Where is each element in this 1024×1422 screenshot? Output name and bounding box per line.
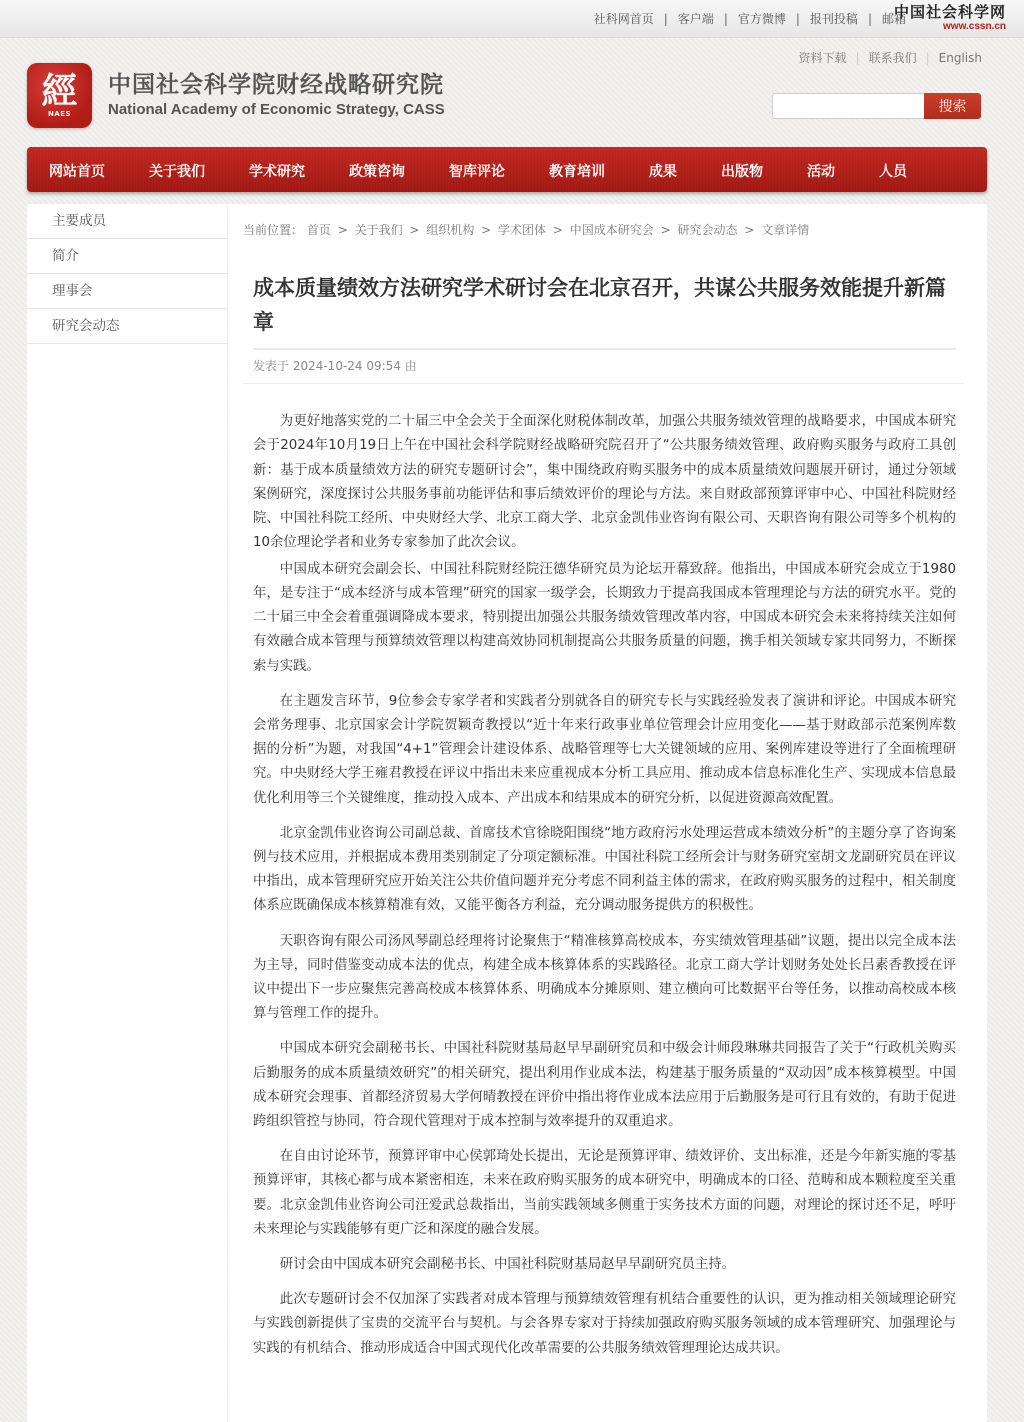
sidebar-item-news[interactable]: 研究会动态 xyxy=(27,309,227,344)
article-paragraph: 此次专题研讨会不仅加深了实践者对成本管理与预算绩效管理有机结合重要性的认识，更为… xyxy=(253,1288,956,1361)
separator: | xyxy=(856,51,860,65)
separator: | xyxy=(926,51,930,65)
breadcrumb-item[interactable]: 中国成本研究会 xyxy=(570,223,654,237)
article-container: 当前位置： 首页 > 关于我们 > 组织机构 > 学术团体 > 中国成本研究会 … xyxy=(228,204,987,1422)
search-box: 搜索 xyxy=(772,93,981,119)
title-divider xyxy=(253,348,956,350)
portal-links: 社科网首页 | 客户端 | 官方微博 | 报刊投稿 | 邮箱 xyxy=(594,10,906,27)
separator: | xyxy=(664,12,668,26)
breadcrumb: 当前位置： 首页 > 关于我们 > 组织机构 > 学术团体 > 中国成本研究会 … xyxy=(243,221,809,238)
link-submission[interactable]: 报刊投稿 xyxy=(810,10,858,27)
article-paragraph: 在主题发言环节，9位参会专家学者和实践者分别就各自的研究专长与实践经验发表了演讲… xyxy=(253,690,956,811)
breadcrumb-current: 文章详情 xyxy=(761,223,809,237)
link-contact[interactable]: 联系我们 xyxy=(869,49,917,66)
sidebar-item-members[interactable]: 主要成员 xyxy=(27,204,227,239)
cssn-logo-url: www.cssn.cn xyxy=(894,22,1006,32)
main-nav: 网站首页 关于我们 学术研究 政策咨询 智库评论 教育培训 成果 出版物 活动 … xyxy=(27,147,987,192)
search-button[interactable]: 搜索 xyxy=(924,93,981,119)
sidebar-item-council[interactable]: 理事会 xyxy=(27,274,227,309)
cssn-logo[interactable]: 中国社会科学网 www.cssn.cn xyxy=(894,5,1006,32)
nav-education[interactable]: 教育培训 xyxy=(549,161,605,181)
site-header: 资料下载 | 联系我们 | English 經 NAES 中国社会科学院财经战略… xyxy=(0,38,1024,146)
breadcrumb-separator: > xyxy=(338,223,348,237)
sidebar-item-intro[interactable]: 简介 xyxy=(27,239,227,274)
breadcrumb-item[interactable]: 首页 xyxy=(307,223,331,237)
logo-glyph: 經 xyxy=(41,73,77,109)
site-logo-text[interactable]: 中国社会科学院财经战略研究院 National Academy of Econo… xyxy=(108,71,445,118)
link-weibo[interactable]: 官方微博 xyxy=(738,10,786,27)
breadcrumb-item[interactable]: 组织机构 xyxy=(426,223,474,237)
breadcrumb-item[interactable]: 学术团体 xyxy=(498,223,546,237)
article-paragraph: 在自由讨论环节，预算评审中心侯郭琦处长提出，无论是预算评审、绩效评价、支出标准，… xyxy=(253,1145,956,1242)
breadcrumb-separator: > xyxy=(409,223,419,237)
sidebar: 主要成员 简介 理事会 研究会动态 xyxy=(27,204,227,1422)
breadcrumb-item[interactable]: 关于我们 xyxy=(355,223,403,237)
search-input[interactable] xyxy=(772,93,924,119)
nav-think-tank[interactable]: 智库评论 xyxy=(449,161,505,181)
nav-publications[interactable]: 出版物 xyxy=(721,161,763,181)
nav-policy[interactable]: 政策咨询 xyxy=(349,161,405,181)
article-paragraph: 中国成本研究会副秘书长、中国社科院财基局赵早早副研究员和中级会计师段琳琳共同报告… xyxy=(253,1037,956,1134)
nav-research[interactable]: 学术研究 xyxy=(249,161,305,181)
breadcrumb-separator: > xyxy=(744,223,754,237)
cssn-logo-name: 中国社会科学网 xyxy=(894,5,1006,20)
separator: | xyxy=(796,12,800,26)
breadcrumb-item[interactable]: 研究会动态 xyxy=(678,223,738,237)
article-paragraph: 研讨会由中国成本研究会副秘书长、中国社科院财基局赵早早副研究员主持。 xyxy=(253,1253,956,1277)
nav-people[interactable]: 人员 xyxy=(879,161,907,181)
article-paragraph: 中国成本研究会副会长、中国社科院财经院汪德华研究员为论坛开幕致辞。他指出，中国成… xyxy=(253,558,956,679)
naes-logo-icon[interactable]: 經 NAES xyxy=(27,63,92,128)
breadcrumb-separator: > xyxy=(661,223,671,237)
nav-events[interactable]: 活动 xyxy=(807,161,835,181)
breadcrumb-prefix: 当前位置： xyxy=(243,223,303,237)
nav-results[interactable]: 成果 xyxy=(649,161,677,181)
breadcrumb-separator: > xyxy=(481,223,491,237)
article-title: 成本质量绩效方法研究学术研讨会在北京召开，共谋公共服务效能提升新篇章 xyxy=(253,271,953,339)
top-utility-bar: 社科网首页 | 客户端 | 官方微博 | 报刊投稿 | 邮箱 中国社会科学网 w… xyxy=(0,0,1024,38)
article-paragraph: 天职咨询有限公司汤风琴副总经理将讨论聚焦于“精准核算高校成本，夯实绩效管理基础”… xyxy=(253,930,956,1027)
site-name-cn: 中国社会科学院财经战略研究院 xyxy=(108,71,445,99)
article-paragraph: 为更好地落实党的二十届三中全会关于全面深化财税体制改革，加强公共服务绩效管理的战… xyxy=(253,410,956,556)
header-sub-links: 资料下载 | 联系我们 | English xyxy=(799,49,982,66)
separator: | xyxy=(868,12,872,26)
nav-about[interactable]: 关于我们 xyxy=(149,161,205,181)
article-meta: 发表于 2024-10-24 09:54 由 xyxy=(253,357,417,374)
article-paragraph: 北京金凯伟业咨询公司副总裁、首席技术官徐晓阳围绕“地方政府污水处理运营成本绩效分… xyxy=(253,822,956,919)
separator: | xyxy=(724,12,728,26)
nav-home[interactable]: 网站首页 xyxy=(49,161,105,181)
breadcrumb-separator: > xyxy=(553,223,563,237)
logo-badge-text: NAES xyxy=(48,110,71,118)
link-downloads[interactable]: 资料下载 xyxy=(799,49,847,66)
link-client[interactable]: 客户端 xyxy=(678,10,714,27)
article-body: 为更好地落实党的二十届三中全会关于全面深化财税体制改革，加强公共服务绩效管理的战… xyxy=(253,410,956,1372)
site-name-en: National Academy of Economic Strategy, C… xyxy=(108,101,445,118)
link-cssn-home[interactable]: 社科网首页 xyxy=(594,10,654,27)
link-english[interactable]: English xyxy=(939,51,982,65)
meta-divider xyxy=(243,383,964,384)
